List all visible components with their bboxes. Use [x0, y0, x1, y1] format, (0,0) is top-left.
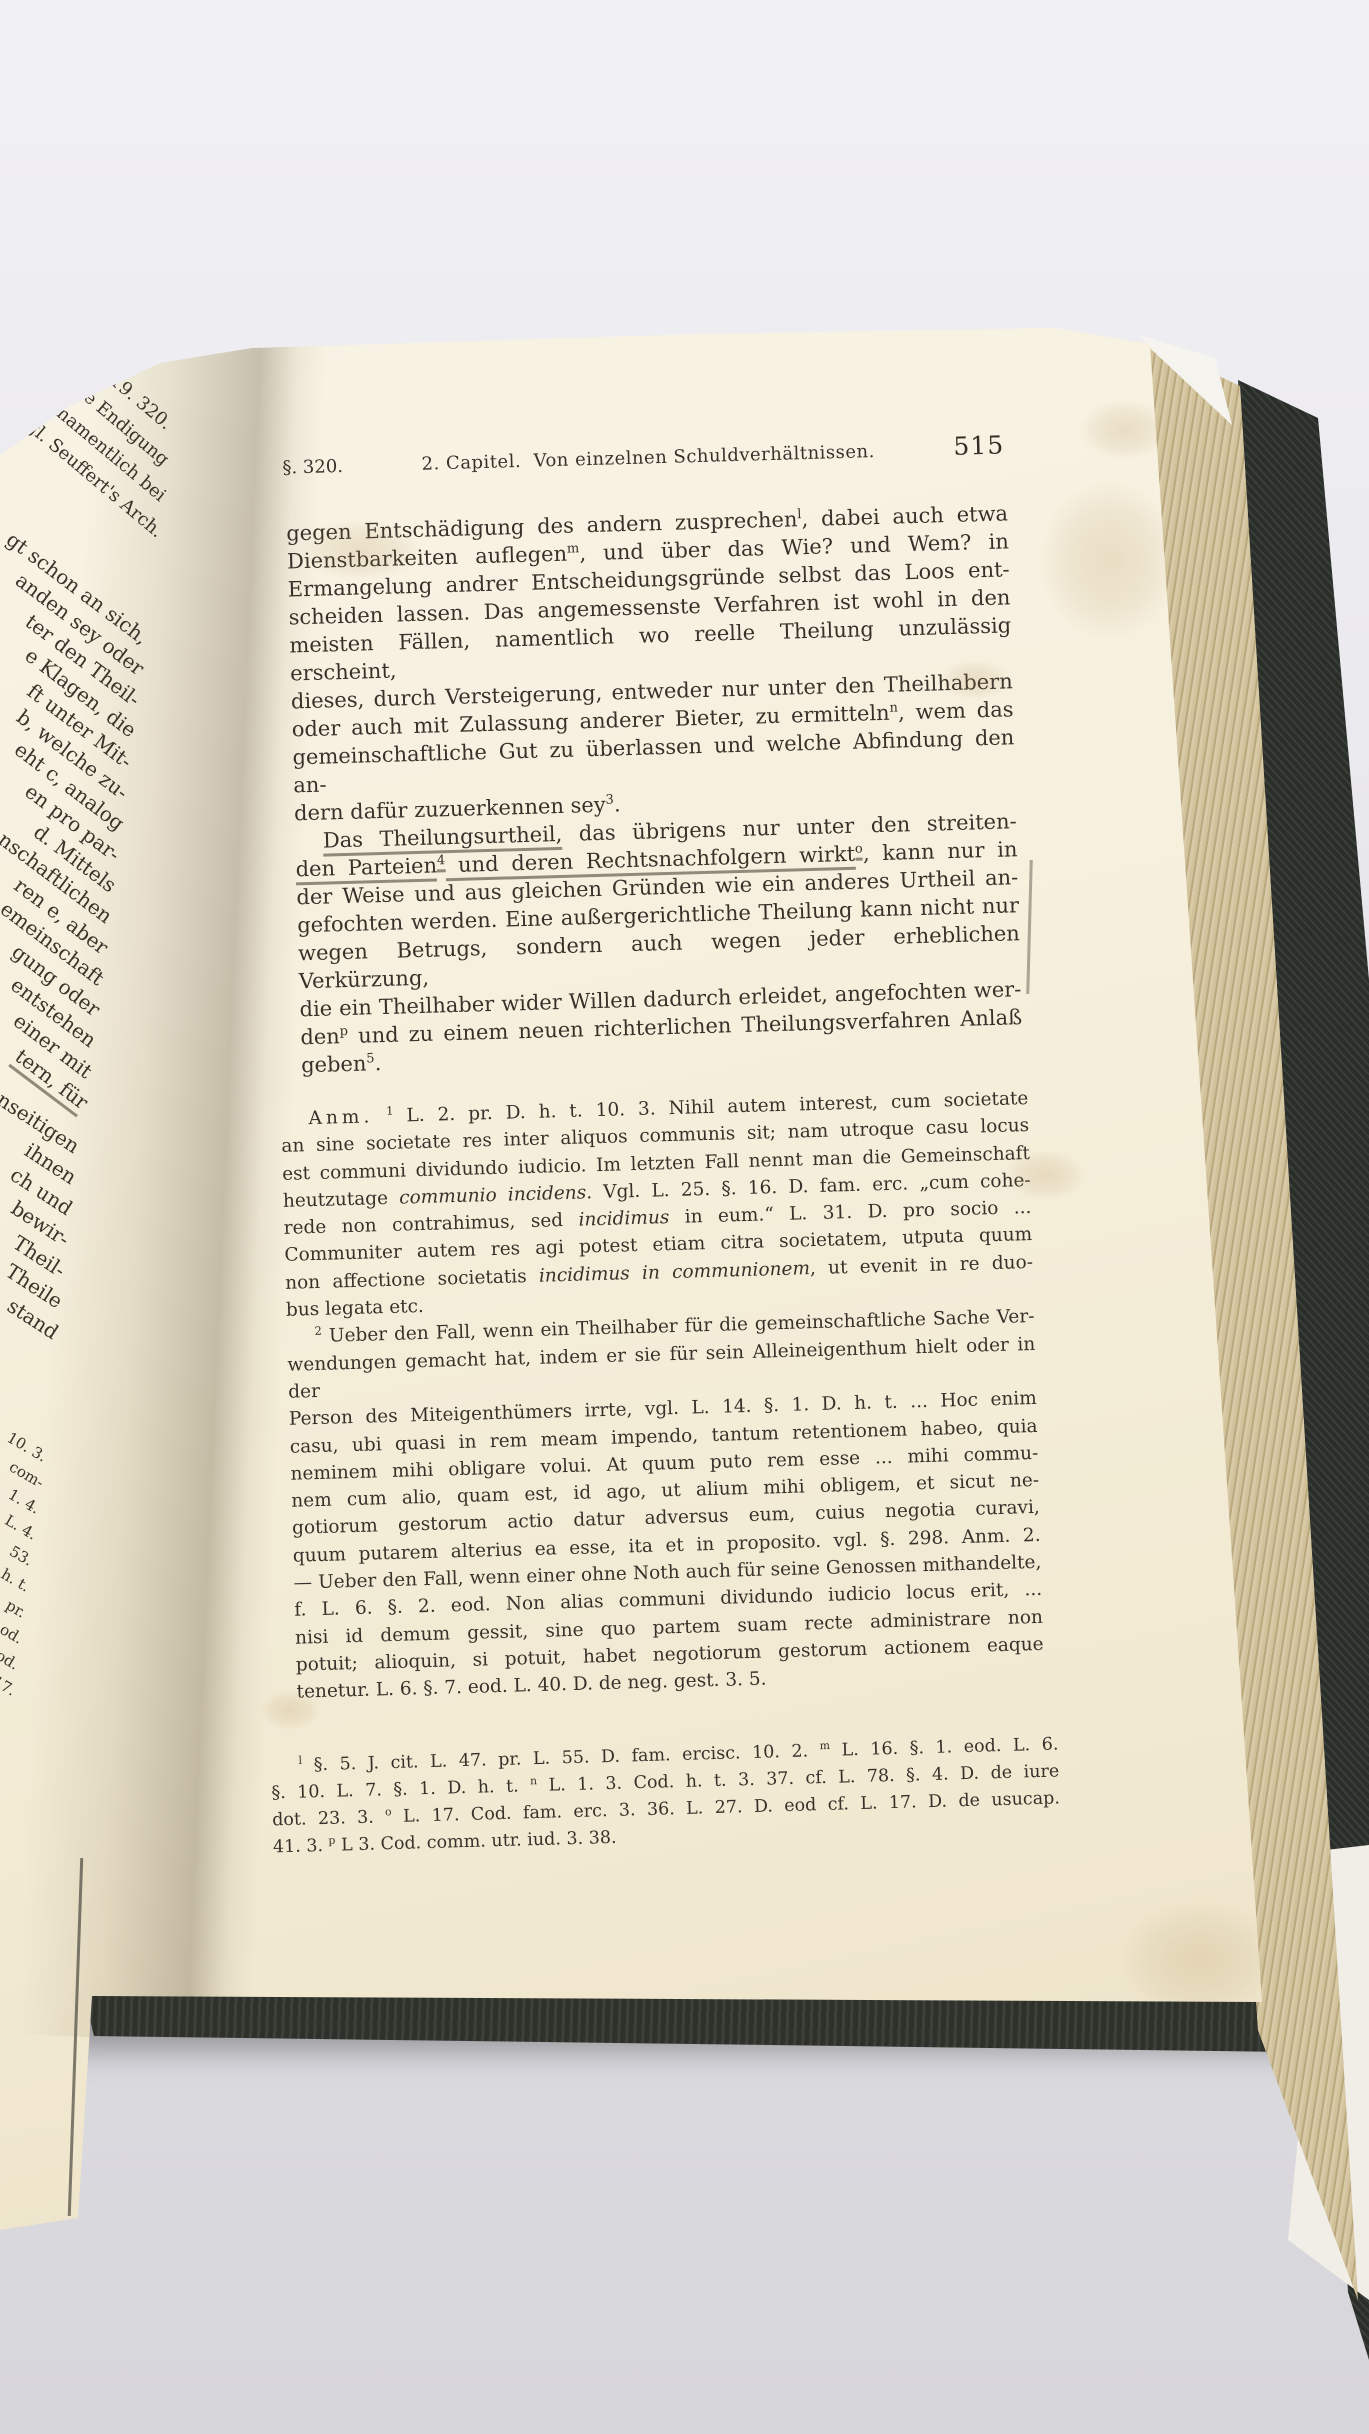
- footnotes: l §. 5. J. cit. L. 47. pr. L. 55. D. fam…: [270, 1731, 1061, 1861]
- right-page: §. 320. 2. Capitel. Von einzelnen Schuld…: [232, 430, 1063, 1861]
- running-title: 2. Capitel. Von einzelnen Schuldverhältn…: [421, 441, 875, 475]
- section-number: §. 320.: [282, 456, 343, 479]
- book-photo: §. 319. 320.Socius die Endigungecht, nam…: [0, 0, 1369, 2434]
- foxing-spot: [390, 2080, 540, 2170]
- foxing-spot: [300, 520, 420, 580]
- foxing-spot: [260, 1690, 320, 1730]
- foxing-spot: [1040, 480, 1180, 640]
- foxing-spot: [900, 2160, 1010, 2230]
- foxing-spot: [1005, 1150, 1085, 1200]
- main-text: gegen Entschädigung des andern zuspreche…: [286, 499, 1023, 1079]
- foxing-spot: [940, 660, 1010, 700]
- page-number: 515: [953, 430, 1005, 460]
- page-header: §. 320. 2. Capitel. Von einzelnen Schuld…: [282, 430, 1005, 479]
- annotations: Anm. 1 L. 2. pr. D. h. t. 10. 3. Nihil a…: [280, 1085, 1044, 1706]
